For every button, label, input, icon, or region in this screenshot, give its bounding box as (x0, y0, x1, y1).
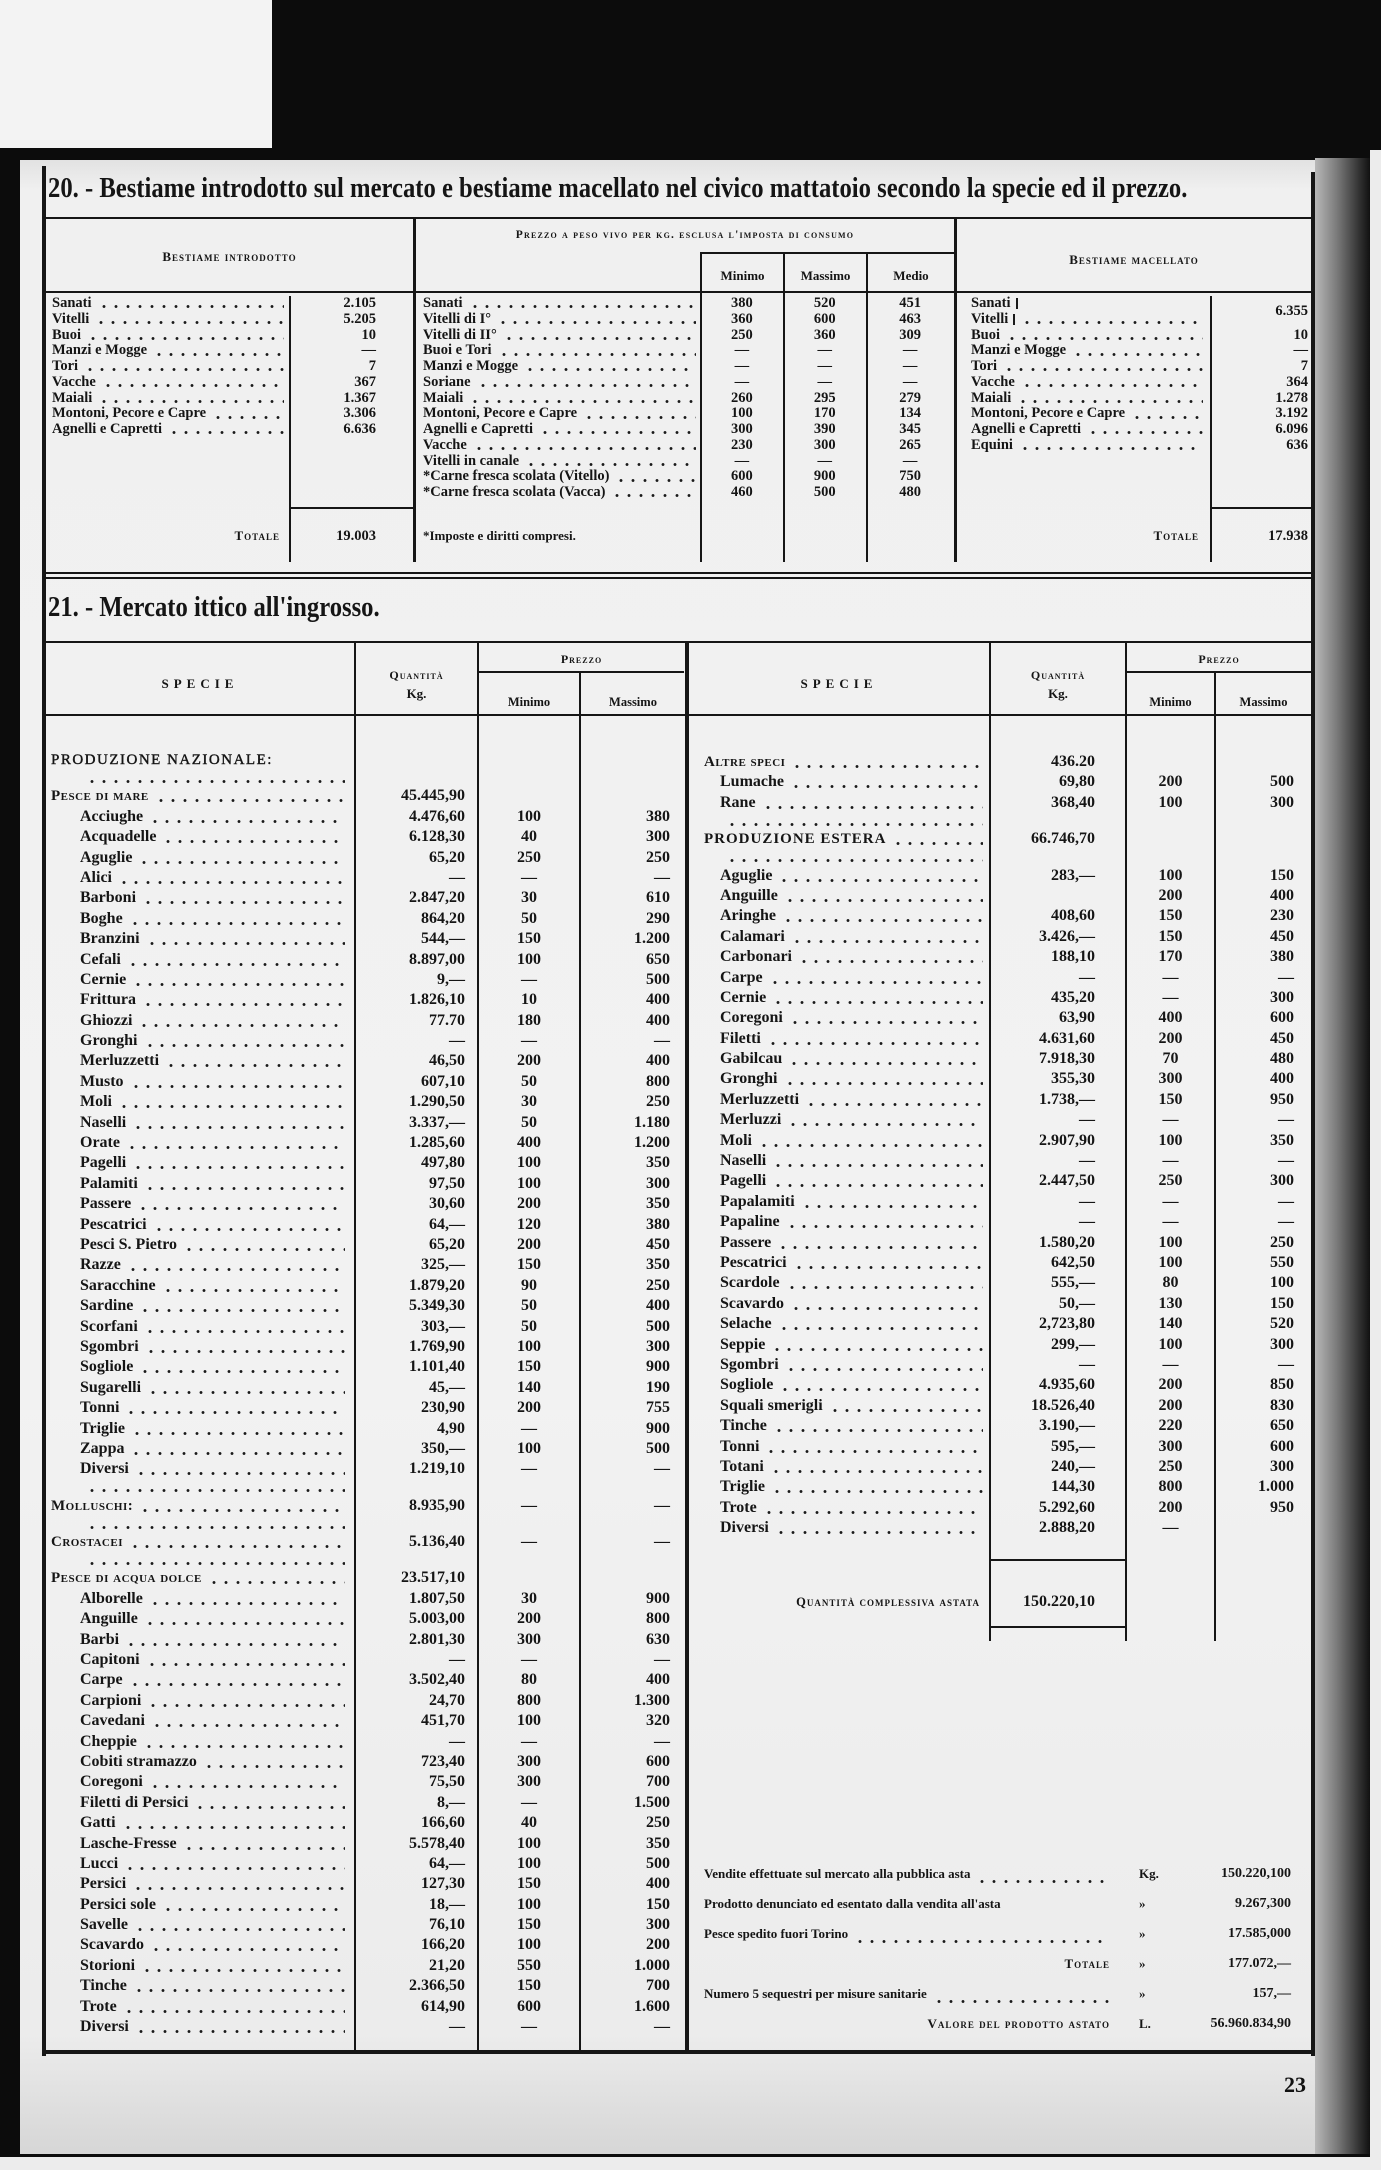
species-cell: Merluzzetti (689, 1090, 990, 1110)
species-name: Montoni, Pecore e Capre (52, 406, 206, 422)
quantity-cell: 8.897,00 (355, 950, 478, 970)
table-row: Ghiozzi 77.70 180 400 (44, 1011, 685, 1031)
species-cell: Crostacei (44, 1532, 355, 1552)
dot-leader (126, 1133, 345, 1153)
table-row: Lumache 69,80 200 500 (689, 772, 1311, 792)
table-row: Vacche 364 (957, 375, 1311, 391)
price-min-cell: — (478, 868, 580, 888)
species-cell: Maiali (48, 391, 290, 407)
table-row: Agnelli e Capretti 300 390 345 (418, 422, 954, 438)
table-row: Diversi 2.888,20 — (689, 1518, 1311, 1538)
species-cell: Vitelli (48, 312, 290, 328)
species-cell: Orate (44, 1133, 355, 1153)
macellato-list: Sanati Vitelli 6.355 Buoi 10 (957, 296, 1311, 454)
species-cell: Cobiti stramazzo (44, 1752, 355, 1772)
table-row: Gatti 166,60 40 250 (44, 1813, 685, 1833)
count-cell: 3.192 (1211, 406, 1311, 422)
species-name: Scorfani (80, 1317, 138, 1337)
species-name: Barboni (80, 888, 136, 908)
species-cell: Frittura (44, 990, 355, 1010)
price-max-cell: 250 (580, 848, 684, 868)
species-cell: Coregoni (689, 1008, 990, 1028)
species-name: Pesce di acqua dolce (51, 1568, 202, 1588)
table-row: Sogliole 1.101,40 150 900 (44, 1357, 685, 1377)
table-row: Aguglie 283,— 100 150 (689, 866, 1311, 886)
price-min-cell: — (478, 1732, 580, 1752)
price-max-cell: 500 (580, 970, 684, 990)
price-avg-cell: 463 (866, 312, 954, 328)
price-avg-cell: 345 (866, 422, 954, 438)
species-cell: Sogliole (44, 1357, 355, 1377)
dot-leader (790, 772, 983, 792)
species-name: Diversi (80, 2017, 129, 2037)
table-row: Scardole 555,— 80 100 (689, 1273, 1311, 1293)
species-cell: Sanati (418, 296, 700, 312)
quantity-cell: 303,— (355, 1317, 478, 1337)
dot-leader (726, 813, 983, 829)
dot-leader (129, 1670, 345, 1690)
dot-leader (130, 1072, 345, 1092)
dot-leader (125, 1630, 345, 1650)
price-min-cell: 300 (478, 1630, 580, 1650)
table-row: Vitelli in canale — — — (418, 454, 954, 470)
summary-value: 56.960.834,90 (1170, 2009, 1291, 2039)
table-row (689, 850, 1311, 866)
table-row: Gabilcau 7.918,30 70 480 (689, 1049, 1311, 1069)
species-cell: Altre speci (689, 752, 990, 772)
price-min-cell: — (478, 2017, 580, 2037)
price-max-cell: 1.600 (580, 1997, 684, 2017)
species-name: Alborelle (80, 1589, 143, 1609)
species-name: Maiali (423, 391, 463, 407)
species-cell: Tori (957, 359, 1211, 375)
dot-leader (98, 391, 284, 407)
species-name: Tonni (80, 1398, 119, 1418)
table-row: Passere 30,60 200 350 (44, 1194, 685, 1214)
species-name: Selache (720, 1314, 772, 1334)
quantity-cell: 283,— (990, 866, 1126, 886)
count-cell: 7 (1211, 359, 1311, 375)
table-row: Montoni, Pecore e Capre 3.306 (48, 406, 414, 422)
quantity-cell: 864,20 (355, 909, 478, 929)
price-max-cell: 700 (580, 1976, 684, 1996)
dot-leader (784, 886, 983, 906)
price-max-cell: 600 (1215, 1437, 1311, 1457)
species-name: Sardine (80, 1296, 133, 1316)
price-max-cell: 700 (580, 1772, 684, 1792)
header-specie: SPECIE (46, 676, 354, 692)
price-min-cell: 100 (478, 1935, 580, 1955)
market-summary: Vendite effettuate sul mercato alla pubb… (704, 1859, 1291, 2039)
price-min-cell: 170 (1126, 947, 1215, 967)
dot-leader (854, 1919, 1110, 1949)
price-min-cell: — (478, 1650, 580, 1670)
dot-leader (142, 990, 345, 1010)
dot-leader (153, 1215, 345, 1235)
table-top-rule (46, 641, 1311, 643)
price-max-cell: 300 (1215, 988, 1311, 1008)
dot-leader (758, 1131, 983, 1151)
price-max-cell: 300 (1215, 1457, 1311, 1477)
species-cell: Pesce di mare (44, 786, 355, 806)
price-max-cell: 500 (1215, 772, 1311, 792)
price-min-cell: 90 (478, 1276, 580, 1296)
price-max-cell: 1.180 (580, 1113, 684, 1133)
table-row: Passere 1.580,20 100 250 (689, 1233, 1311, 1253)
species-cell: Lucci (44, 1854, 355, 1874)
summary-label: Totale (1064, 1949, 1110, 1979)
price-min-cell: 250 (478, 848, 580, 868)
table-row: Branzini 544,— 150 1.200 (44, 929, 685, 949)
species-cell: Manzi e Mogge (48, 343, 290, 359)
header-massimo: Massimo (1216, 695, 1311, 710)
species-cell: Gatti (44, 1813, 355, 1833)
dot-leader (149, 1589, 345, 1609)
species-cell: Tonni (689, 1437, 990, 1457)
price-max-cell: 300 (1215, 793, 1311, 813)
dot-leader (1072, 343, 1203, 359)
header-rule (46, 714, 685, 716)
quantity-cell: 408,60 (990, 906, 1126, 926)
table-row: Agnelli e Capretti 6.096 (957, 422, 1311, 438)
table-row: PRODUZIONE NAZIONALE: (44, 750, 685, 770)
species-cell: Sugarelli (44, 1378, 355, 1398)
quantity-cell: 1.101,40 (355, 1357, 478, 1377)
price-min-cell: 150 (478, 1976, 580, 1996)
dot-leader (123, 1997, 345, 2017)
table-row: Cefali 8.897,00 100 650 (44, 950, 685, 970)
species-cell: Persici sole (44, 1895, 355, 1915)
species-cell: Equini (957, 438, 1211, 454)
species-name: Sugarelli (80, 1378, 141, 1398)
price-min-cell: 180 (478, 1011, 580, 1031)
species-name: Totani (720, 1457, 764, 1477)
table-row: Seppie 299,— 100 300 (689, 1335, 1311, 1355)
species-name: Cobiti stramazzo (80, 1752, 197, 1772)
price-min-cell: 300 (478, 1752, 580, 1772)
page-edge-shadow (1315, 158, 1370, 2154)
species-cell: PRODUZIONE ESTERA (689, 829, 990, 849)
count-cell: 2.105 (290, 296, 414, 312)
species-cell: Aguglie (689, 866, 990, 886)
species-cell: Cernie (44, 970, 355, 990)
dot-leader (791, 752, 983, 772)
price-min-cell: 200 (1126, 772, 1215, 792)
summary-row: Pesce spedito fuori Torino » 17.585,000 (704, 1919, 1291, 1949)
species-name: Montoni, Pecore e Capre (423, 406, 577, 422)
dot-leader (183, 1834, 345, 1854)
species-name: Buoi e Tori (423, 343, 492, 359)
quantity-cell: 63,90 (990, 1008, 1126, 1028)
price-min-cell: 50 (478, 1113, 580, 1133)
introdotto-list: Sanati 2.105 Vitelli 5.205 Buoi 10 (48, 296, 414, 438)
dot-leader (129, 1532, 345, 1552)
table-row: PRODUZIONE ESTERA 66.746,70 (689, 829, 1311, 849)
species-name: PRODUZIONE ESTERA (704, 829, 886, 849)
species-name: Maiali (52, 391, 92, 407)
table-row: Diversi — — — (44, 2017, 685, 2037)
dot-leader (524, 359, 696, 375)
table-row: Sogliole 4.935,60 200 850 (689, 1375, 1311, 1395)
price-max-cell: — (1215, 1192, 1311, 1212)
table-row: Trote 5.292,60 200 950 (689, 1498, 1311, 1518)
species-name: Tori (971, 359, 997, 375)
header-specie: SPECIE (689, 676, 989, 692)
dot-leader (143, 1732, 345, 1752)
dot-leader (477, 375, 697, 391)
quantity-cell: 2.907,90 (990, 1131, 1126, 1151)
quantity-cell: 4.935,60 (990, 1375, 1126, 1395)
quantity-cell: 2,723,80 (990, 1314, 1126, 1334)
dot-leader (162, 1895, 345, 1915)
dot-leader (976, 1859, 1110, 1889)
species-name: Vitelli (971, 312, 1008, 328)
species-name: Sogliole (80, 1357, 133, 1377)
quantity-cell: 6.128,30 (355, 827, 478, 847)
species-name: Carbonari (720, 947, 792, 967)
price-max-cell: 300 (783, 438, 866, 454)
species-cell: Triglie (689, 1477, 990, 1497)
species-cell: Sgombri (689, 1355, 990, 1375)
dot-leader (1019, 438, 1203, 454)
quantity-cell: 1.879,20 (355, 1276, 478, 1296)
price-min-cell: 40 (478, 1813, 580, 1833)
species-cell: Moli (689, 1131, 990, 1151)
table-row: Carpe 3.502,40 80 400 (44, 1670, 685, 1690)
quantity-cell: 3.190,— (990, 1416, 1126, 1436)
species-name: Savelle (80, 1915, 128, 1935)
species-cell: Diversi (44, 2017, 355, 2037)
species-cell (44, 1552, 355, 1568)
table-row: Trote 614,90 600 1.600 (44, 1997, 685, 2017)
species-name: Seppie (720, 1335, 765, 1355)
species-name: Molluschi: (51, 1496, 133, 1516)
species-name: Lasche-Fresse (80, 1834, 177, 1854)
species-cell: PRODUZIONE NAZIONALE: (44, 750, 355, 770)
dot-leader (132, 1153, 345, 1173)
dot-leader (767, 1029, 983, 1049)
species-cell: Vacche (957, 375, 1211, 391)
price-max-cell: 630 (580, 1630, 684, 1650)
dot-leader (118, 1092, 345, 1112)
quantity-cell: 30,60 (355, 1194, 478, 1214)
price-max-cell: — (1215, 1151, 1311, 1171)
price-max-cell: 350 (580, 1255, 684, 1275)
table-row: Aguglie 65,20 250 250 (44, 848, 685, 868)
species-name: Scavardo (80, 1935, 144, 1955)
price-max-cell: 600 (783, 312, 866, 328)
species-name: Palamiti (80, 1174, 138, 1194)
quantity-cell: 75,50 (355, 1772, 478, 1792)
table-row: Lasche-Fresse 5.578,40 100 350 (44, 1834, 685, 1854)
table-row: Filetti 4.631,60 200 450 (689, 1029, 1311, 1049)
brace-icon (1016, 298, 1018, 309)
price-avg-cell: — (866, 343, 954, 359)
table-row: Merluzzi — — — (689, 1110, 1311, 1130)
price-max-cell: 150 (1215, 1294, 1311, 1314)
dot-leader (86, 1552, 345, 1568)
price-min-cell: 460 (700, 485, 783, 501)
quantity-cell: 2.801,30 (355, 1630, 478, 1650)
species-cell: Branzini (44, 929, 355, 949)
table-row: Tori 7 (48, 359, 414, 375)
price-max-cell: 400 (580, 1011, 684, 1031)
price-min-cell: 100 (478, 1337, 580, 1357)
price-max-cell: 400 (580, 1296, 684, 1316)
species-cell: Soriane (418, 375, 700, 391)
price-max-cell: 360 (783, 328, 866, 344)
table-row: Vitelli 5.205 (48, 312, 414, 328)
price-min-cell: 100 (478, 1153, 580, 1173)
dot-leader (144, 1174, 345, 1194)
table-row: Anguille 5.003,00 200 800 (44, 1609, 685, 1629)
quantity-cell: 50,— (990, 1294, 1126, 1314)
species-cell: Filetti di Persici (44, 1793, 355, 1813)
price-min-cell: — (1126, 1192, 1215, 1212)
price-max-cell: 450 (580, 1235, 684, 1255)
summary-label-cell: Numero 5 sequestri per misure sanitarie (704, 1979, 1124, 2009)
table-top-rule (46, 217, 1311, 219)
summary-row: Prodotto denunciato ed esentato dalla ve… (704, 1889, 1291, 1919)
dot-leader (772, 1151, 983, 1171)
species-cell: Agnelli e Capretti (957, 422, 1211, 438)
price-max-cell: 950 (1215, 1498, 1311, 1518)
price-avg-cell: 309 (866, 328, 954, 344)
dot-leader (162, 1276, 345, 1296)
price-max-cell: 500 (580, 1439, 684, 1459)
price-avg-cell: — (866, 454, 954, 470)
species-cell: Merluzzi (689, 1110, 990, 1130)
dot-leader (138, 1011, 345, 1031)
summary-value: 9.267,300 (1170, 1889, 1291, 1919)
dot-leader (771, 1477, 983, 1497)
table-row: Crostacei 5.136,40 — — (44, 1532, 685, 1552)
species-cell: Trote (44, 1997, 355, 2017)
table-row: Persici sole 18,— 100 150 (44, 1895, 685, 1915)
species-name: Persici sole (80, 1895, 156, 1915)
species-name: Lumache (720, 772, 784, 792)
species-cell: Aringhe (689, 906, 990, 926)
price-min-cell: 100 (478, 1711, 580, 1731)
price-min-cell: 300 (700, 422, 783, 438)
price-min-cell: 50 (478, 909, 580, 929)
price-min-cell: — (1126, 1110, 1215, 1130)
species-cell: Buoi (48, 328, 290, 344)
dot-leader (147, 1691, 345, 1711)
price-min-cell: 200 (1126, 1029, 1215, 1049)
species-name: Sanati (423, 296, 463, 312)
dot-leader (122, 1813, 345, 1833)
dot-leader (130, 1439, 345, 1459)
table-row: Pescatrici 64,— 120 380 (44, 1215, 685, 1235)
table-row: Barboni 2.847,20 30 610 (44, 888, 685, 908)
price-min-cell: 100 (478, 950, 580, 970)
dot-leader (611, 485, 696, 501)
price-min-cell: — (1126, 968, 1215, 988)
table-row: Storioni 21,20 550 1.000 (44, 1956, 685, 1976)
price-max-cell: 250 (1215, 1233, 1311, 1253)
price-min-cell: 40 (478, 827, 580, 847)
table-row: Acquadelle 6.128,30 40 300 (44, 827, 685, 847)
price-min-cell: 10 (478, 990, 580, 1010)
species-cell: Gronghi (44, 1031, 355, 1051)
price-max-cell: — (783, 454, 866, 470)
quantity-cell: — (990, 1151, 1126, 1171)
quantity-cell: 127,30 (355, 1874, 478, 1894)
species-name: Tinche (80, 1976, 127, 1996)
species-cell: Anguille (44, 1609, 355, 1629)
quantity-cell: 1.285,60 (355, 1133, 478, 1153)
species-name: Papalamiti (720, 1192, 795, 1212)
quantity-cell: 436.20 (990, 752, 1126, 772)
price-max-cell: 200 (580, 1935, 684, 1955)
price-max-cell: — (580, 1650, 684, 1670)
total-label: Totale (48, 527, 290, 545)
species-cell: Tinche (44, 1976, 355, 1996)
price-min-cell: 800 (478, 1691, 580, 1711)
price-max-cell: 450 (1215, 1029, 1311, 1049)
species-name: Diversi (80, 1459, 129, 1479)
price-max-cell: 170 (783, 406, 866, 422)
quantity-cell: 555,— (990, 1273, 1126, 1293)
table-row: Saracchine 1.879,20 90 250 (44, 1276, 685, 1296)
species-name: Vacche (971, 375, 1015, 391)
quantity-cell: 23.517,10 (355, 1568, 478, 1588)
price-avg-cell: — (866, 359, 954, 375)
price-max-cell: — (783, 343, 866, 359)
quantity-cell: 1.219,10 (355, 1459, 478, 1479)
dot-leader (829, 1396, 983, 1416)
table-row (689, 813, 1311, 829)
quantity-cell: 64,— (355, 1215, 478, 1235)
price-max-cell: 380 (580, 807, 684, 827)
price-min-cell: 130 (1126, 1294, 1215, 1314)
macellato-rows: Buoi 10 Manzi e Mogge — Tori (957, 328, 1311, 454)
price-max-cell: — (580, 1459, 684, 1479)
quantity-cell: 5.578,40 (355, 1834, 478, 1854)
dot-leader (1087, 422, 1203, 438)
dot-leader (135, 2017, 345, 2037)
dot-leader (127, 1255, 345, 1275)
species-name: Tonni (720, 1437, 759, 1457)
species-name: Pesce di mare (51, 786, 149, 806)
quantity-cell: 299,— (990, 1335, 1126, 1355)
table-row: Pagelli 497,80 100 350 (44, 1153, 685, 1173)
summary-row: Numero 5 sequestri per misure sanitarie … (704, 1979, 1291, 2009)
species-name: Tinche (720, 1416, 767, 1436)
price-min-cell: 80 (478, 1670, 580, 1690)
summary-unit: L. (1124, 2009, 1170, 2039)
table-row: Sanati 2.105 (48, 296, 414, 312)
quantity-cell: 7.918,30 (990, 1049, 1126, 1069)
quantity-cell: 2.847,20 (355, 888, 478, 908)
species-cell: Capitoni (44, 1650, 355, 1670)
dot-leader (132, 1874, 345, 1894)
dot-leader (98, 296, 285, 312)
species-name: Acquadelle (80, 827, 156, 847)
price-max-cell: 400 (1215, 1069, 1311, 1089)
price-avg-cell: 265 (866, 438, 954, 454)
table-row: Gronghi — — — (44, 1031, 685, 1051)
quantity-cell: 64,— (355, 1854, 478, 1874)
species-name: Persici (80, 1874, 126, 1894)
table-bottom-rule (46, 572, 1311, 574)
table-row: Pesce di mare 45.445,90 (44, 786, 685, 806)
price-max-cell: — (1215, 1355, 1311, 1375)
species-cell: Scardole (689, 1273, 990, 1293)
dot-leader (525, 454, 696, 470)
brace-icon (1013, 314, 1015, 325)
